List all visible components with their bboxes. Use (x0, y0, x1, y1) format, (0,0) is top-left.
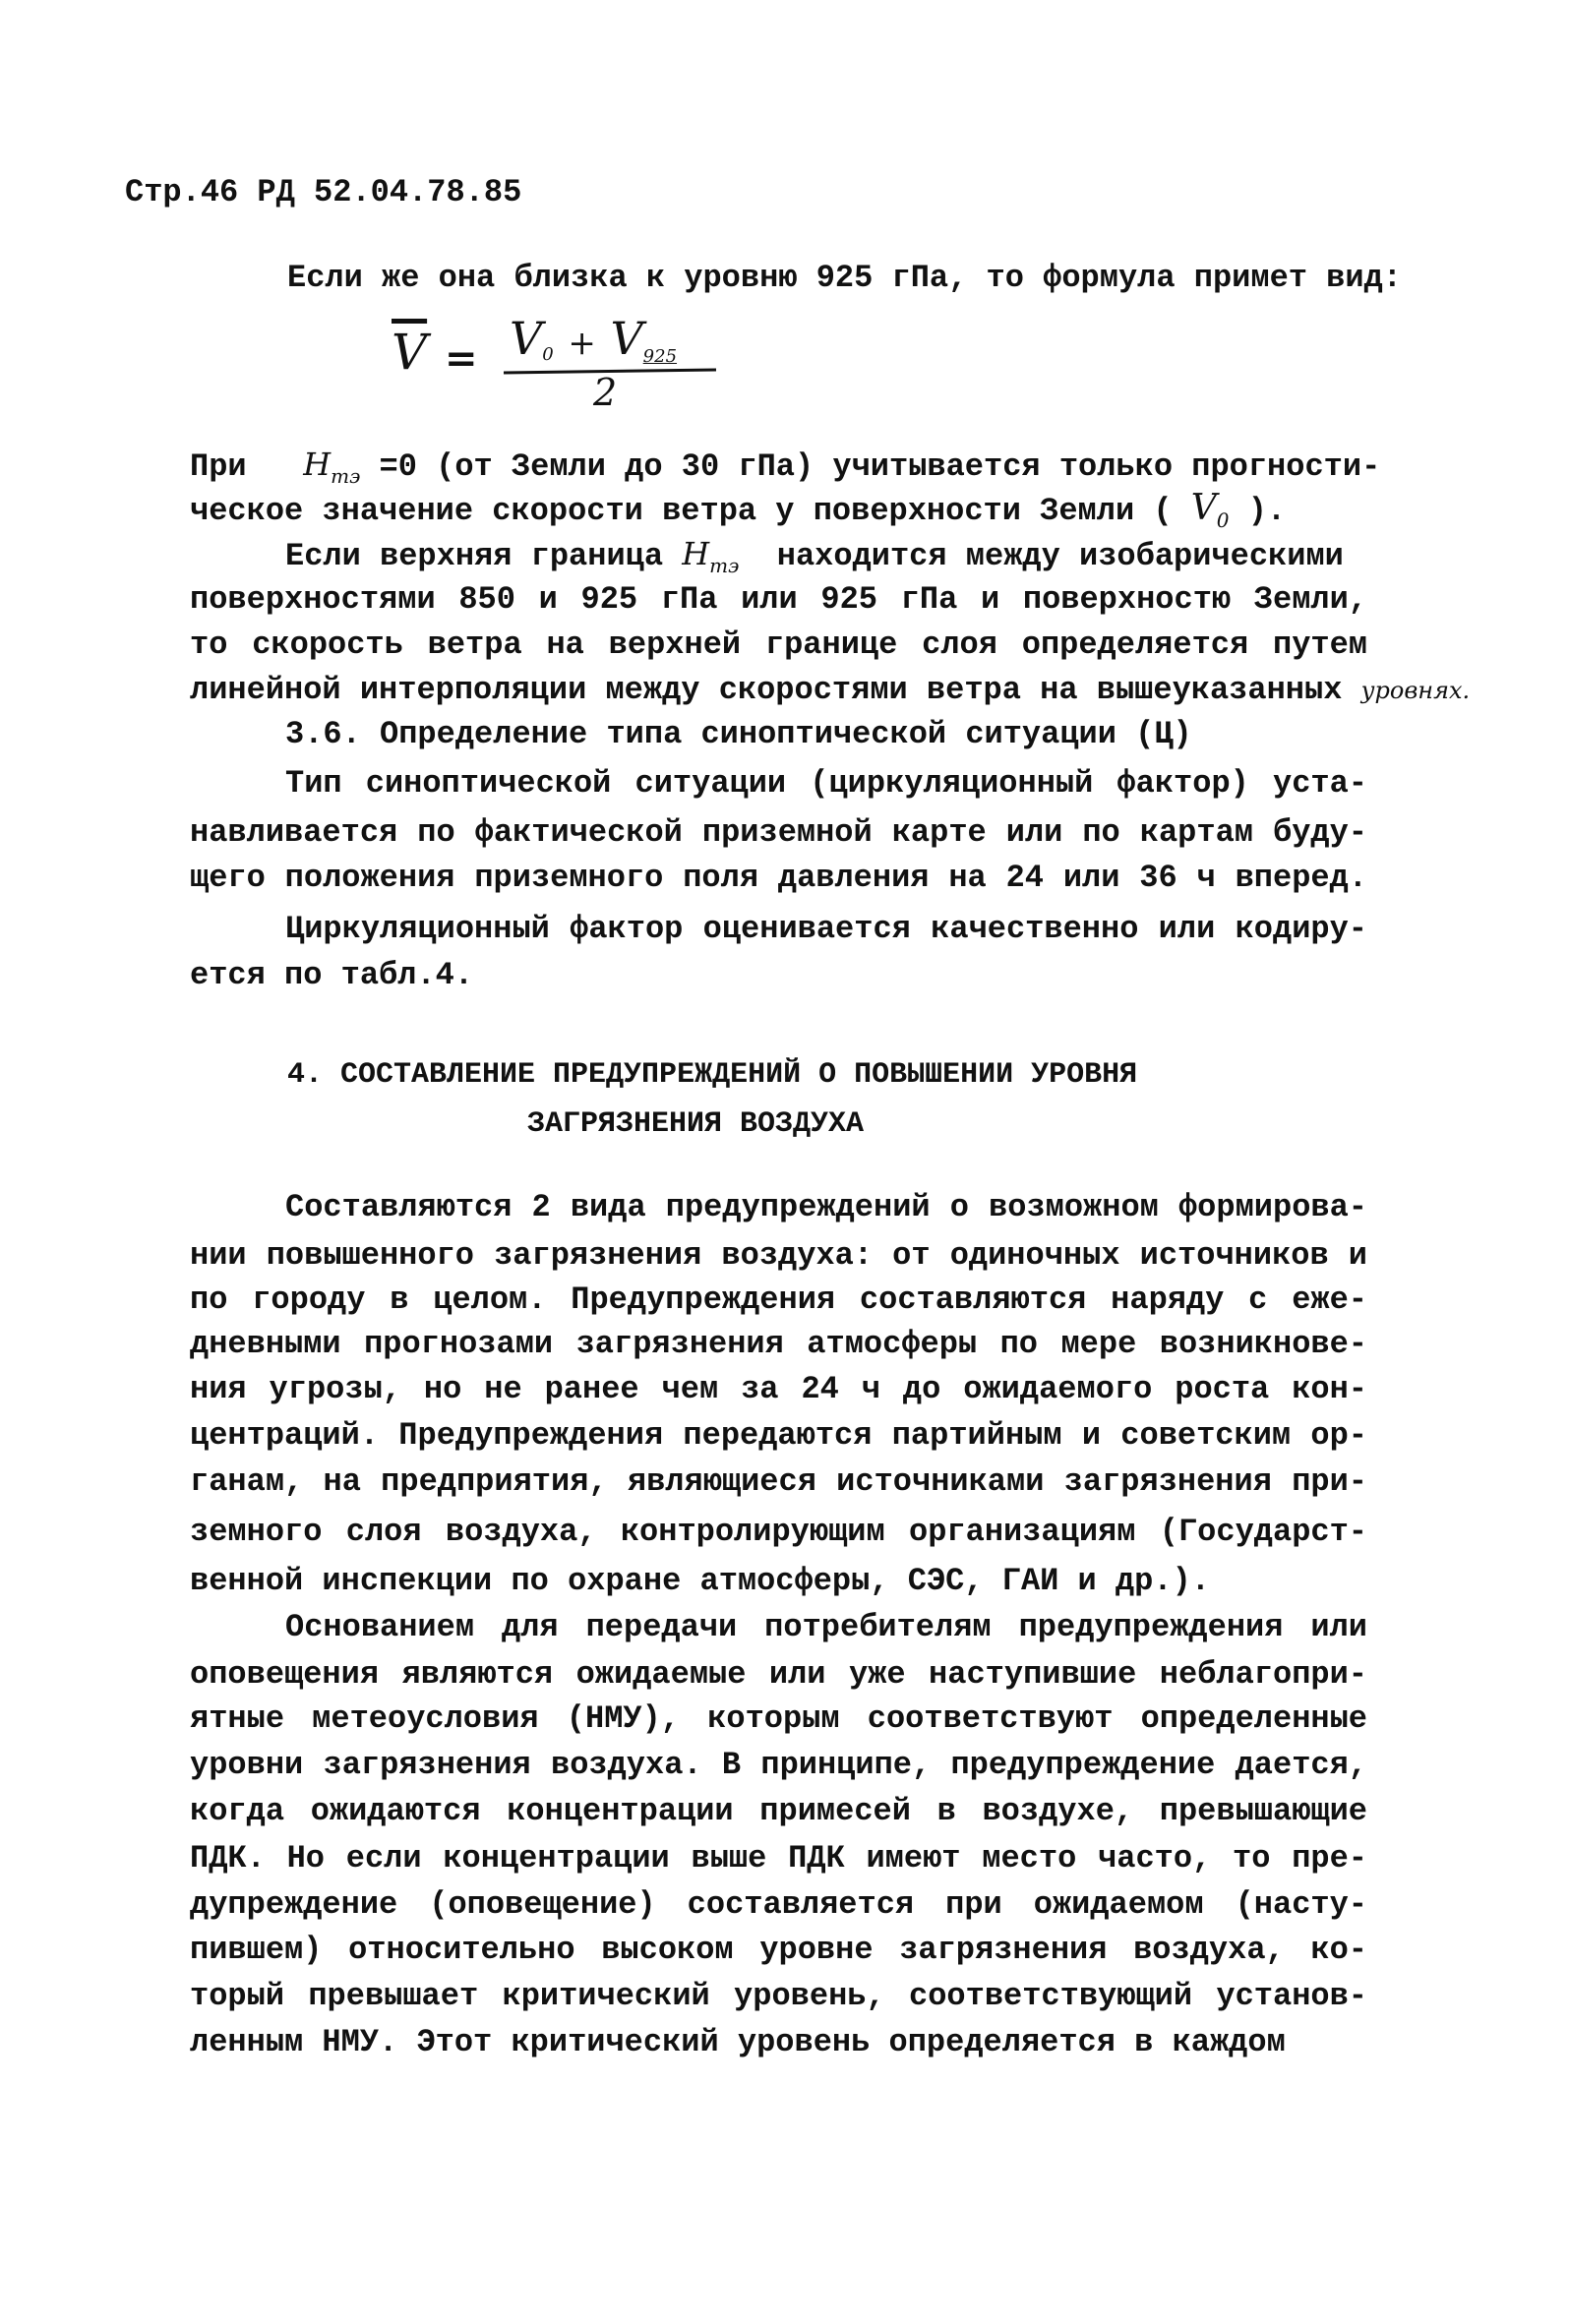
text-span: ческое значение скорости ветра у поверхн… (190, 493, 1173, 529)
formula-v925-sub: 925 (643, 346, 677, 367)
paragraph-line: ганам, на предприятия, являющиеся источн… (190, 1462, 1367, 1502)
section-title-3-6: 3.6. Определение типа синоптической ситу… (285, 715, 1192, 754)
paragraph-line: ния угрозы, но не ранее чем за 24 ч до о… (190, 1370, 1367, 1409)
paragraph-line: ПДК. Но если концентрации выше ПДК имеют… (190, 1839, 1367, 1878)
paragraph-line: оповещения являются ожидаемые или уже на… (190, 1655, 1367, 1695)
paragraph-line: венной инспекции по охране атмосферы, СЭ… (190, 1562, 1210, 1601)
var-h-te: H (303, 446, 331, 483)
paragraph-line: поверхностями 850 и 925 гПа или 925 гПа … (190, 580, 1367, 620)
handwritten-note: уровнях. (1361, 677, 1471, 704)
formula-v0-sub: 0 (542, 344, 553, 365)
formula-lhs-mean-v: V (392, 325, 427, 380)
paragraph-line: Если верхняя граница Hтэ находится между… (285, 534, 1344, 573)
paragraph-line: центраций. Предупреждения передаются пар… (190, 1416, 1367, 1456)
paragraph-line: торый превышает критический уровень, соо… (190, 1977, 1367, 2016)
text-span: ). (1248, 493, 1286, 529)
paragraph-line: дневными прогнозами загрязнения атмосфер… (190, 1325, 1367, 1364)
paragraph-line: по городу в целом. Предупреждения состав… (190, 1281, 1367, 1320)
paragraph-line: ется по табл.4. (190, 956, 473, 995)
var-v0-sub: 0 (1217, 508, 1230, 532)
paragraph-line: Составляются 2 вида предупреждений о воз… (285, 1188, 1367, 1227)
formula-v0: V (510, 312, 542, 365)
paragraph-line: земного слоя воздуха, контролирующим орг… (190, 1513, 1367, 1552)
intro-line: Если же она близка к уровню 925 гПа, то … (287, 259, 1402, 298)
paragraph-line: когда ожидаются концентрации примесей в … (190, 1792, 1367, 1831)
paragraph-line: навливается по фактической приземной кар… (190, 813, 1367, 853)
paragraph-line: ленным НМУ. Этот критический уровень опр… (190, 2023, 1286, 2062)
var-v0: V (1191, 488, 1217, 528)
formula-v925: V (610, 312, 642, 365)
page-header: Стр.46 РД 52.04.78.85 (125, 173, 521, 212)
formula-plus: + (568, 324, 596, 363)
section-heading-4-line1: 4. СОСТАВЛЕНИЕ ПРЕДУПРЕЖДЕНИЙ О ПОВЫШЕНИ… (287, 1055, 1137, 1095)
var-h-te-sub: тэ (709, 554, 739, 577)
formula-denominator: 2 (593, 372, 617, 413)
var-h-te-sub: тэ (331, 464, 360, 488)
paragraph-line: При Hтэ =0 (от Земли до 30 гПа) учитывае… (190, 445, 1367, 484)
text-span: При (190, 448, 247, 485)
text-span: находится между изобарическими (777, 538, 1344, 574)
formula-equals: = (445, 334, 478, 384)
text-span: =0 (от Земли до 30 гПа) учитывается толь… (380, 448, 1381, 485)
paragraph-line: щего положения приземного поля давления … (190, 859, 1367, 898)
paragraph-line: Тип синоптической ситуации (циркуляционн… (285, 764, 1367, 804)
paragraph-line: нии повышенного загрязнения воздуха: от … (190, 1236, 1367, 1276)
text-span: линейной интерполяции между скоростями в… (190, 672, 1342, 708)
paragraph-line: ятные метеоусловия (НМУ), которым соотве… (190, 1699, 1367, 1739)
paragraph-line: ческое значение скорости ветра у поверхн… (190, 489, 1286, 528)
paragraph-line: Основанием для передачи потребителям пре… (285, 1608, 1367, 1647)
paragraph-line: дупреждение (оповещение) составляется пр… (190, 1885, 1367, 1925)
var-h-te: H (682, 535, 709, 572)
paragraph-line: то скорость ветра на верхней границе сло… (190, 626, 1367, 665)
section-heading-4-line2: ЗАГРЯЗНЕНИЯ ВОЗДУХА (527, 1104, 864, 1144)
paragraph-line: уровни загрязнения воздуха. В принципе, … (190, 1746, 1367, 1785)
paragraph-line: пившем) относительно высоком уровне загр… (190, 1931, 1367, 1970)
text-span: Если верхняя граница (285, 538, 663, 574)
paragraph-line: линейной интерполяции между скоростями в… (190, 671, 1470, 710)
paragraph-line: Циркуляционный фактор оценивается качест… (285, 910, 1367, 949)
